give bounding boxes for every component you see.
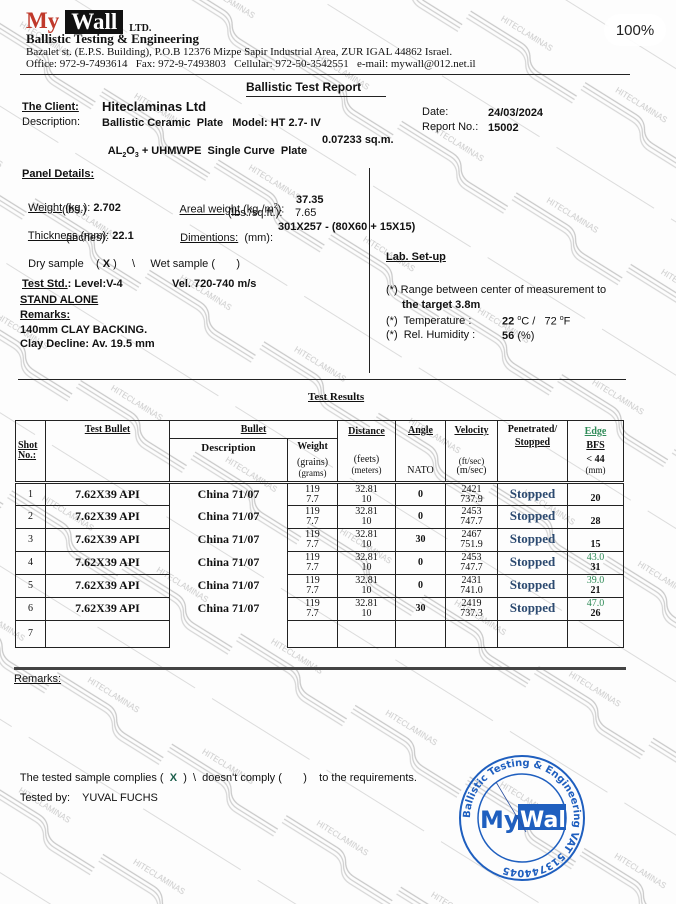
distance-meters: 10: [338, 586, 395, 596]
table-cell: [288, 621, 338, 648]
table-cell: [170, 621, 288, 648]
table-cell: 2467751.9: [446, 529, 498, 552]
shot-number: 3: [28, 534, 33, 545]
test-std-level: : Level:V-4: [68, 278, 123, 290]
test-std-label: Test Std.: [22, 278, 68, 290]
test-bullet: 7.62X39 API: [75, 487, 140, 501]
header-weight: Weight(grains)(grams): [288, 439, 338, 483]
velocity-m: 741.0: [446, 586, 497, 596]
header-description: Description: [170, 439, 288, 483]
bfs-limit: < 44: [568, 455, 623, 465]
date-label: Date:: [422, 106, 448, 118]
test-mode: STAND ALONE: [20, 294, 98, 306]
result-status: Stopped: [510, 600, 556, 615]
lab-humidity-label: (*) Rel. Humidity :: [386, 329, 475, 341]
header-velocity-label: Velocity: [446, 426, 497, 436]
table-cell: 7.62X39 API: [46, 529, 170, 552]
bfs-value: 26: [568, 609, 623, 619]
weight-grams: 7.7: [288, 586, 337, 596]
table-cell: [396, 621, 446, 648]
header-angle-label: Angle: [396, 426, 445, 436]
bfs-value: 28: [568, 517, 623, 527]
edge-bfs: [568, 630, 623, 639]
table-row: 37.62X39 APIChina 71/071197.732.81103024…: [16, 529, 624, 552]
thickness-inches-label: (inches):: [66, 232, 108, 244]
table-cell: 2421737.9: [446, 483, 498, 506]
result-status: Stopped: [510, 486, 556, 501]
bullet-description: China 71/07: [198, 509, 260, 523]
areal-lbs-label: (lbs./sq.ft.):: [228, 207, 282, 219]
angle-value: 0: [418, 511, 423, 522]
table-cell: [498, 621, 568, 648]
header-stopped-label: Stopped: [498, 438, 567, 448]
weight-unit-grams: (grams): [288, 468, 337, 478]
test-bullet: 7.62X39 API: [75, 555, 140, 569]
header-distance: Distance(feets)(meters): [338, 421, 396, 483]
velocity-m: 737.3: [446, 609, 497, 619]
results-table: Shot No.: Test Bullet Bullet Distance(fe…: [15, 420, 624, 648]
tested-by-label: Tested by:: [20, 792, 70, 804]
sample-condition: Dry sample ( X ) \ Wet sample ( ): [22, 246, 240, 270]
shot-number: 5: [28, 580, 33, 591]
formula-o: O: [126, 145, 135, 157]
description-line1: Ballistic Ceramic Plate Model: HT 2.7- I…: [102, 117, 321, 129]
company-stamp: Ballistic Testing & Engineering VAT 5137…: [456, 752, 588, 884]
table-cell: 5: [16, 575, 46, 598]
table-cell: [568, 621, 624, 648]
lab-range-line1: (*) Range between center of measurement …: [386, 284, 606, 296]
velocity-m: 737.9: [446, 495, 497, 505]
header-shot: Shot No.:: [16, 421, 46, 483]
results-table-container: Shot No.: Test Bullet Bullet Distance(fe…: [15, 420, 624, 648]
weight-grams: 7.7: [288, 609, 337, 619]
areal-lbs-value: 7.65: [295, 207, 316, 219]
formula-al: AL: [108, 145, 123, 157]
client-label: The Client:: [22, 101, 79, 113]
zoom-level-indicator[interactable]: 100%: [604, 14, 666, 46]
result-status: Stopped: [510, 577, 556, 592]
velocity-m: 747.7: [446, 563, 497, 573]
angle-value: 0: [418, 489, 423, 500]
table-cell: 3: [16, 529, 46, 552]
table-cell: 1197.7: [288, 506, 338, 529]
table-cell: China 71/07: [170, 575, 288, 598]
distance-unit-feet: (feets): [338, 455, 395, 465]
table-cell: Stopped: [498, 575, 568, 598]
table-cell: Stopped: [498, 483, 568, 506]
lab-setup-heading: Lab. Set-up: [386, 251, 446, 263]
table-cell: 28: [568, 506, 624, 529]
angle-value: 0: [418, 580, 423, 591]
lab-temperature-label: (*) Temperature :: [386, 315, 471, 327]
table-cell: 32.8110: [338, 506, 396, 529]
shot-number: 2: [28, 511, 33, 522]
shot-number: 1: [28, 489, 33, 500]
weight-grams: 7.7: [288, 540, 337, 550]
table-cell: 7.62X39 API: [46, 552, 170, 575]
header-result: Penetrated/Stopped: [498, 421, 568, 483]
test-bullet: 7.62X39 API: [75, 532, 140, 546]
table-cell: 7: [16, 621, 46, 648]
header-penetrated-label: Penetrated/: [498, 425, 567, 435]
header-edge-label: Edge: [568, 427, 623, 437]
dimensions: Dimentions: (mm):: [174, 220, 273, 244]
temp-f-value: 72: [544, 316, 556, 328]
tested-by: Tested by: YUVAL FUCHS: [14, 780, 158, 804]
table-cell: 2453747.7: [446, 506, 498, 529]
result-status: Stopped: [510, 508, 556, 523]
angle-unit: NATO: [396, 466, 445, 476]
table-cell: 2: [16, 506, 46, 529]
header-bullet-label: Bullet: [241, 424, 267, 435]
header-angle: AngleNATO: [396, 421, 446, 483]
angle-value: 30: [416, 603, 426, 614]
weight-lbs-label: (lbs.): [62, 204, 86, 216]
table-cell: 0: [396, 575, 446, 598]
header-weight-label: Weight: [288, 442, 337, 452]
bfs-value: 31: [568, 563, 623, 573]
velocity-m: 747.7: [446, 517, 497, 527]
table-cell: China 71/07: [170, 552, 288, 575]
dimensions-label: Dimentions:: [180, 232, 238, 244]
table-cell: 39.021: [568, 575, 624, 598]
table-cell: 1197.7: [288, 598, 338, 621]
thickness-value: 22.1: [112, 230, 133, 242]
weight-grams: 7.7: [288, 495, 337, 505]
bfs-value: 20: [568, 494, 623, 504]
table-cell: 7.62X39 API: [46, 506, 170, 529]
weight-value: 2.702: [93, 202, 121, 214]
bfs-value: 21: [568, 586, 623, 596]
velocity-ft: 2421: [446, 485, 497, 495]
table-cell: Stopped: [498, 598, 568, 621]
bfs-value: 15: [568, 540, 623, 550]
formula-rest: + UHMWPE Single Curve Plate: [139, 145, 307, 157]
table-cell: 15: [568, 529, 624, 552]
table-cell: 32.8110: [338, 575, 396, 598]
velocity-m: 751.9: [446, 540, 497, 550]
temp-c-unit: C /: [521, 316, 535, 328]
test-velocity: Vel. 720-740 m/s: [172, 278, 256, 290]
bullet-description: China 71/07: [198, 578, 260, 592]
table-cell: 4: [16, 552, 46, 575]
distance-meters: 10: [338, 609, 395, 619]
report-number: 15002: [488, 122, 519, 134]
header-velocity: Velocity(ft/sec)(m/sec): [446, 421, 498, 483]
table-cell: 0: [396, 483, 446, 506]
temp-c-value: 22: [502, 316, 514, 328]
table-row: 47.62X39 APIChina 71/071197.732.81100245…: [16, 552, 624, 575]
table-cell: 47.026: [568, 598, 624, 621]
test-bullet: 7.62X39 API: [75, 509, 140, 523]
header-bullet: Bullet: [170, 421, 338, 439]
table-cell: 30: [396, 529, 446, 552]
table-cell: 32.8110: [338, 598, 396, 621]
lab-temperature: 22 oC / 72 oF: [502, 315, 570, 328]
dimensions-value: 301X257 - (80X60 + 15X15): [278, 221, 415, 233]
header-description-label: Description: [201, 442, 255, 454]
client-name: Hiteclaminas Ltd: [102, 99, 206, 114]
distance-meters: 10: [338, 517, 395, 527]
svg-text:Wall: Wall: [520, 808, 573, 833]
header-bfs-label: BFS: [568, 441, 623, 451]
dry-label: Dry sample (: [28, 258, 100, 270]
table-cell: China 71/07: [170, 529, 288, 552]
svg-text:My: My: [480, 806, 520, 834]
weight-label: Weight: [28, 202, 62, 214]
table-cell: 32.8110: [338, 552, 396, 575]
angle-value: 0: [418, 557, 423, 568]
table-cell: [338, 621, 396, 648]
panel-details-heading: Panel Details:: [22, 168, 94, 180]
plate-area: 0.07233 sq.m.: [322, 134, 394, 146]
header-distance-label: Distance: [338, 427, 395, 437]
table-cell: China 71/07: [170, 483, 288, 506]
test-bullet: 7.62X39 API: [75, 578, 140, 592]
lab-humidity: 56 (%): [502, 330, 534, 342]
report-date: 24/03/2024: [488, 107, 543, 119]
table-cell: 43.031: [568, 552, 624, 575]
table-cell: 32.8110: [338, 529, 396, 552]
table-cell: 1197.7: [288, 529, 338, 552]
complies-mark: X: [170, 772, 177, 784]
table-cell: 20: [568, 483, 624, 506]
weight-unit-grains: (grains): [288, 458, 337, 468]
weight-grams: 7.7: [288, 517, 337, 527]
distance-meters: 10: [338, 563, 395, 573]
table-cell: China 71/07: [170, 598, 288, 621]
remarks-clay-backing: 140mm CLAY BACKING.: [20, 324, 147, 336]
areal-weight-value: 37.35: [296, 194, 324, 206]
result-status: Stopped: [510, 531, 556, 546]
velocity-unit-m: (m/sec): [446, 466, 497, 476]
distance-unit-meters: (meters): [338, 465, 395, 475]
angle-value: 30: [416, 534, 426, 545]
description-label: Description:: [22, 116, 80, 128]
bfs-unit: (mm): [568, 465, 623, 475]
header-shot-label: Shot No.:: [18, 440, 37, 461]
company-address: Bazalet st. (E.P.S. Building), P.O.B 123…: [26, 46, 452, 58]
header-test-bullet: Test Bullet: [46, 421, 170, 483]
humidity-value: 56: [502, 330, 514, 342]
shot-number: 7: [28, 628, 33, 639]
bullet-description: China 71/07: [198, 555, 260, 569]
footer-remarks-label: Remarks:: [14, 673, 61, 685]
temp-f-unit: F: [564, 316, 571, 328]
table-cell: 1197.7: [288, 575, 338, 598]
table-cell: 32.8110: [338, 483, 396, 506]
distance-meters: 10: [338, 540, 395, 550]
description-line2: AL2O3 + UHMWPE Single Curve Plate: [102, 133, 307, 159]
test-std: Test Std.: Level:V-4: [22, 278, 123, 290]
bullet-description: China 71/07: [198, 601, 260, 615]
lab-range-line2: the target 3.8m: [402, 299, 480, 311]
table-cell: 0: [396, 552, 446, 575]
table-cell: 7.62X39 API: [46, 575, 170, 598]
report-title: Ballistic Test Report: [246, 80, 361, 94]
table-row: 27.62X39 APIChina 71/071197.732.81100245…: [16, 506, 624, 529]
table-row: 7: [16, 621, 624, 648]
result-status: Stopped: [510, 554, 556, 569]
weight-grains: 119: [288, 485, 337, 495]
table-cell: 30: [396, 598, 446, 621]
table-cell: China 71/07: [170, 506, 288, 529]
table-cell: 1197.7: [288, 552, 338, 575]
table-cell: 6: [16, 598, 46, 621]
table-cell: 7.62X39 API: [46, 483, 170, 506]
table-cell: 1: [16, 483, 46, 506]
shot-number: 4: [28, 557, 33, 568]
company-tagline: Ballistic Testing & Engineering: [26, 31, 199, 47]
bullet-description: China 71/07: [198, 487, 260, 501]
table-cell: 2419737.3: [446, 598, 498, 621]
table-cell: 0: [396, 506, 446, 529]
dimensions-unit: (mm):: [238, 232, 273, 244]
table-row: 67.62X39 APIChina 71/071197.732.81103024…: [16, 598, 624, 621]
wet-label: ) \ Wet sample ( ): [113, 258, 240, 270]
table-cell: 2431741.0: [446, 575, 498, 598]
test-bullet: 7.62X39 API: [75, 601, 140, 615]
distance-feet: 32.81: [338, 485, 395, 495]
table-cell: Stopped: [498, 529, 568, 552]
table-row: 17.62X39 APIChina 71/071197.732.81100242…: [16, 483, 624, 506]
bullet-description: China 71/07: [198, 532, 260, 546]
table-cell: 7.62X39 API: [46, 598, 170, 621]
tested-by-name: YUVAL FUCHS: [82, 792, 158, 804]
remarks-clay-decline: Clay Decline: Av. 19.5 mm: [20, 338, 155, 350]
weight-grams: 7.7: [288, 563, 337, 573]
distance-meters: 10: [338, 495, 395, 505]
header-bfs: EdgeBFS< 44(mm): [568, 421, 624, 483]
test-results-heading: Test Results: [308, 391, 364, 403]
humidity-unit: (%): [517, 330, 534, 342]
table-cell: 2453747.7: [446, 552, 498, 575]
table-cell: [446, 621, 498, 648]
not-comply-text: ) \ doesn't comply ( ) to the requiremen…: [183, 772, 417, 784]
company-contact: Office: 972-9-7493614 Fax: 972-9-7493803…: [26, 58, 476, 70]
header-test-bullet-label: Test Bullet: [85, 424, 130, 435]
table-row: 57.62X39 APIChina 71/071197.732.81100243…: [16, 575, 624, 598]
shot-number: 6: [28, 603, 33, 614]
table-cell: 1197.7: [288, 483, 338, 506]
table-cell: Stopped: [498, 506, 568, 529]
remarks-label: Remarks:: [20, 309, 70, 321]
dry-mark: X: [103, 258, 110, 270]
report-no-label: Report No.:: [422, 121, 478, 133]
table-cell: [46, 621, 170, 648]
table-cell: Stopped: [498, 552, 568, 575]
